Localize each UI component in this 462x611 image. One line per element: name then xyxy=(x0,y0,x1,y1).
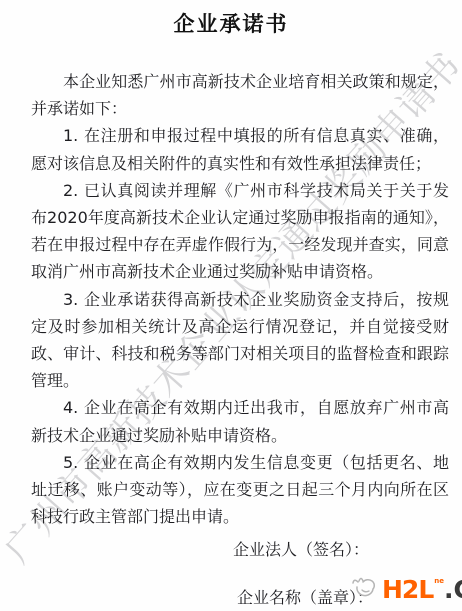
clause-4: 4. 企业在高企有效期内迁出我市，自愿放弃广州市高新技术企业通过奖励补贴申请资格… xyxy=(31,394,449,448)
clause-2: 2. 已认真阅读并理解《广州市科学技术局关于关于发布2020年度高新技术企业认定… xyxy=(31,177,449,286)
logo-superscript: ne xyxy=(434,578,444,585)
h2l-cn-logo: H2L ne . CN xyxy=(349,575,462,603)
scribble-face-icon xyxy=(349,575,381,603)
clause-1: 1. 在注册和申报过程中填报的所有信息真实、准确，愿对该信息及相关附件的真实性和… xyxy=(31,122,449,176)
logo-text-h2l: H2L xyxy=(382,577,433,602)
logo-text-cn: CN xyxy=(453,577,462,602)
clause-5: 5. 企业在高企有效期内发生信息变更（包括更名、地址迁移、账户变动等），应在变更… xyxy=(31,449,449,531)
commitment-letter-page: 广州市高新技术企业认定通过奖励申请书 企业承诺书 本企业知悉广州市高新技术企业培… xyxy=(0,0,462,611)
document-body: 本企业知悉广州市高新技术企业培育相关政策和规定，并承诺如下： 1. 在注册和申报… xyxy=(31,68,449,530)
document-title: 企业承诺书 xyxy=(0,0,462,38)
legal-person-signature-label: 企业法人（签名）： xyxy=(233,537,369,560)
intro-paragraph: 本企业知悉广州市高新技术企业培育相关政策和规定，并承诺如下： xyxy=(31,68,449,122)
logo-dot: . xyxy=(444,577,454,602)
clause-3: 3. 企业承诺获得高新技术企业奖励资金支持后，按规定及时参加相关统计及高企运行情… xyxy=(31,286,449,395)
